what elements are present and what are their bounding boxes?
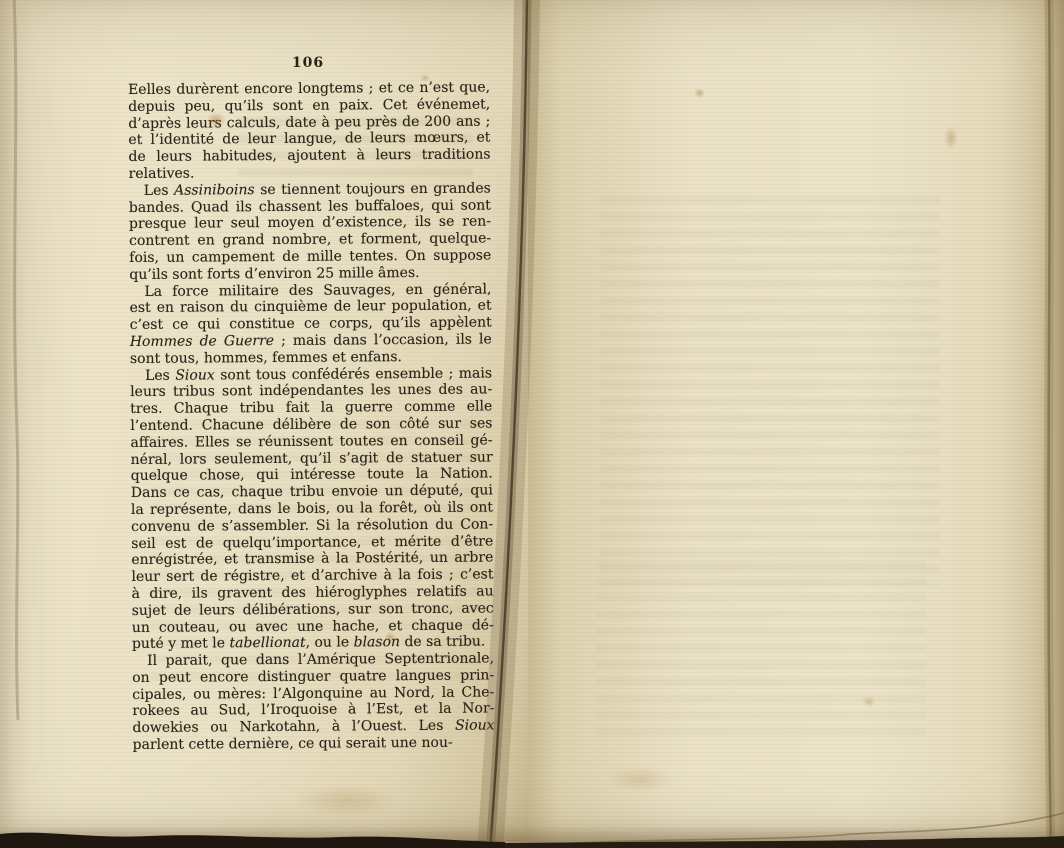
text-line: sujet de leurs délibérations, sur son tr… bbox=[132, 600, 494, 619]
text-line: la représente, dans le bois, ou la forêt… bbox=[131, 499, 493, 518]
page-number-left: 106 bbox=[128, 55, 488, 71]
text-line: depuis peu, qu’ils sont en paix. Cet évé… bbox=[128, 96, 490, 115]
italic-term: tabellionat bbox=[229, 635, 305, 652]
text-line: Les Assiniboins se tiennent toujours en … bbox=[129, 180, 491, 199]
italic-term: Assiniboins bbox=[174, 182, 255, 199]
italic-term: Sioux bbox=[175, 367, 215, 383]
text-line: Hommes de Guerre ; mais dans l’occasion,… bbox=[130, 331, 492, 350]
text-line: affaires. Elles se réunissent toutes en … bbox=[130, 432, 492, 451]
page-left: 106 Eelles durèrent encore longtems ; et… bbox=[0, 0, 528, 848]
text-line: parlent cette dernière, ce qui serait un… bbox=[133, 735, 495, 754]
italic-term: Sioux bbox=[455, 718, 495, 734]
text-line: de leurs habitudes, ajoutent à leurs tra… bbox=[128, 147, 490, 166]
page-text-left: Eelles durèrent encore longtems ; et ce … bbox=[128, 79, 495, 753]
book-scan: 106 Eelles durèrent encore longtems ; et… bbox=[0, 0, 1064, 848]
text-line: convenu de s’assembler. Si la résolution… bbox=[131, 516, 493, 535]
text-line: à dire, ils gravent des hiéroglyphes rel… bbox=[132, 583, 494, 602]
italic-term: Hommes de Guerre bbox=[130, 333, 274, 350]
text-line: l’entend. Chacune délibère de son côté s… bbox=[130, 415, 492, 434]
text-line: on peut encore distinguer quatre langues… bbox=[132, 667, 494, 686]
text-line: fois, un campement de mille tentes. On s… bbox=[129, 247, 491, 266]
italic-term: blason bbox=[354, 634, 401, 650]
page-right: 107 velle preuve, qu’ils viennent du Mex… bbox=[528, 0, 1064, 848]
